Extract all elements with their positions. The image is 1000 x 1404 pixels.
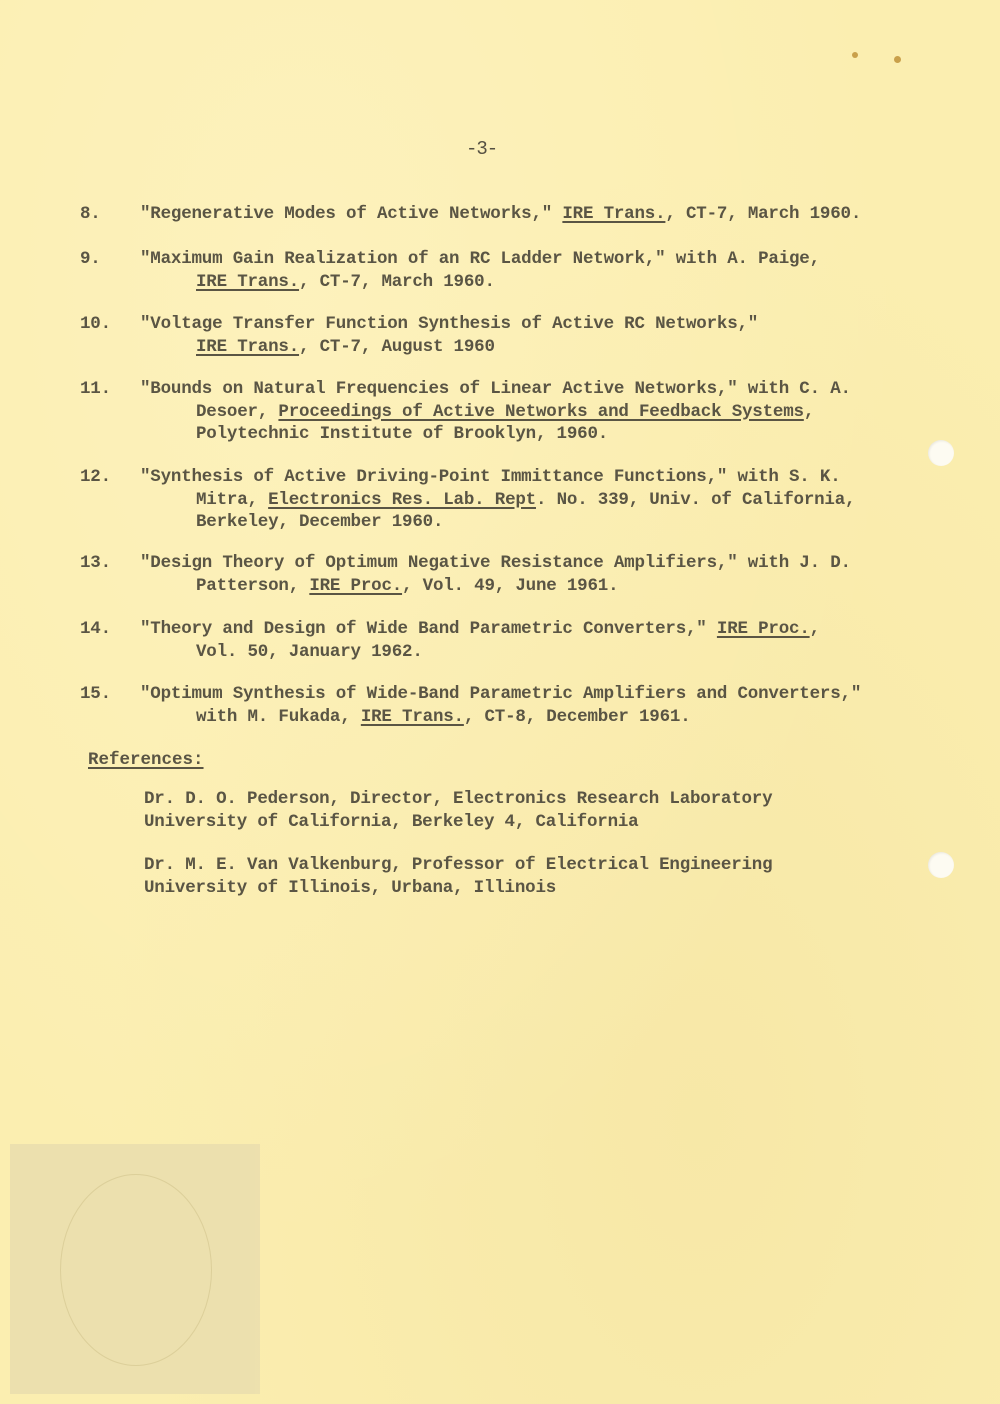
publication-number: 11. xyxy=(80,378,120,401)
citation-text: , CT-8, December 1961. xyxy=(464,707,691,727)
citation-text: "Optimum Synthesis of Wide-Band Parametr… xyxy=(140,684,861,704)
citation-text: "Synthesis of Active Driving-Point Immit… xyxy=(140,467,841,487)
journal-title: Proceedings of Active Networks and Feedb… xyxy=(278,402,803,422)
citation-text: Berkeley, December 1960. xyxy=(196,512,443,532)
publication-line: "Synthesis of Active Driving-Point Immit… xyxy=(140,466,841,489)
citation-text: Polytechnic Institute of Brooklyn, 1960. xyxy=(196,424,608,444)
reference-item: Dr. D. O. Pederson, Director, Electronic… xyxy=(144,788,772,833)
journal-title: IRE Trans. xyxy=(361,707,464,727)
citation-text: "Theory and Design of Wide Band Parametr… xyxy=(140,619,717,639)
seal-emblem xyxy=(60,1174,212,1366)
journal-title: IRE Proc. xyxy=(309,576,402,596)
publication-line: with M. Fukada, IRE Trans., CT-8, Decemb… xyxy=(196,706,691,729)
publication-number: 12. xyxy=(80,466,120,489)
citation-text: "Maximum Gain Realization of an RC Ladde… xyxy=(140,249,820,269)
publication-line: Polytechnic Institute of Brooklyn, 1960. xyxy=(196,423,608,446)
paper-speck xyxy=(894,56,901,63)
citation-text: Vol. 50, January 1962. xyxy=(196,642,423,662)
document-page: -3- 8."Regenerative Modes of Active Netw… xyxy=(0,0,1000,1404)
publication-line: IRE Trans., CT-7, March 1960. xyxy=(196,271,495,294)
reference-line: Dr. D. O. Pederson, Director, Electronic… xyxy=(144,788,772,811)
publication-line: Patterson, IRE Proc., Vol. 49, June 1961… xyxy=(196,575,618,598)
journal-title: Electronics Res. Lab. Rept xyxy=(268,490,536,510)
citation-text: , xyxy=(810,619,820,639)
publication-line: "Design Theory of Optimum Negative Resis… xyxy=(140,552,851,575)
publication-line: "Voltage Transfer Function Synthesis of … xyxy=(140,313,758,336)
watermark-seal xyxy=(10,1144,260,1394)
journal-title: IRE Trans. xyxy=(196,337,299,357)
publication-line: IRE Trans., CT-7, August 1960 xyxy=(196,336,495,359)
publication-line: "Bounds on Natural Frequencies of Linear… xyxy=(140,378,851,401)
citation-text: , CT-7, August 1960 xyxy=(299,337,495,357)
citation-text: Patterson, xyxy=(196,576,309,596)
citation-text: "Design Theory of Optimum Negative Resis… xyxy=(140,553,851,573)
publication-number: 15. xyxy=(80,683,120,706)
paper-speck xyxy=(852,52,858,58)
punch-hole xyxy=(928,852,954,878)
journal-title: IRE Trans. xyxy=(196,272,299,292)
citation-text: "Bounds on Natural Frequencies of Linear… xyxy=(140,379,851,399)
reference-line: Dr. M. E. Van Valkenburg, Professor of E… xyxy=(144,854,772,877)
reference-line: University of California, Berkeley 4, Ca… xyxy=(144,811,772,834)
publication-number: 14. xyxy=(80,618,120,641)
citation-text: , CT-7, March 1960. xyxy=(665,204,861,224)
journal-title: IRE Proc. xyxy=(717,619,810,639)
citation-text: , CT-7, March 1960. xyxy=(299,272,495,292)
publication-line: Berkeley, December 1960. xyxy=(196,511,443,534)
publication-number: 13. xyxy=(80,552,120,575)
citation-text: Mitra, xyxy=(196,490,268,510)
publication-line: "Maximum Gain Realization of an RC Ladde… xyxy=(140,248,820,271)
citation-text: , Vol. 49, June 1961. xyxy=(402,576,618,596)
citation-text: , xyxy=(804,402,814,422)
journal-title: IRE Trans. xyxy=(562,204,665,224)
page-number: -3- xyxy=(466,138,497,160)
references-heading: References: xyxy=(88,750,204,770)
reference-line: University of Illinois, Urbana, Illinois xyxy=(144,877,772,900)
punch-hole xyxy=(928,440,954,466)
citation-text: with M. Fukada, xyxy=(196,707,361,727)
publication-line: Desoer, Proceedings of Active Networks a… xyxy=(196,401,814,424)
publication-line: Mitra, Electronics Res. Lab. Rept. No. 3… xyxy=(196,489,855,512)
citation-text: "Voltage Transfer Function Synthesis of … xyxy=(140,314,758,334)
reference-item: Dr. M. E. Van Valkenburg, Professor of E… xyxy=(144,854,772,899)
citation-text: "Regenerative Modes of Active Networks," xyxy=(140,204,562,224)
publication-line: "Optimum Synthesis of Wide-Band Parametr… xyxy=(140,683,861,706)
publication-number: 9. xyxy=(80,248,120,271)
publication-line: Vol. 50, January 1962. xyxy=(196,641,423,664)
citation-text: . No. 339, Univ. of California, xyxy=(536,490,855,510)
publication-line: "Theory and Design of Wide Band Parametr… xyxy=(140,618,820,641)
publication-line: "Regenerative Modes of Active Networks,"… xyxy=(140,203,861,226)
publication-number: 10. xyxy=(80,313,120,336)
citation-text: Desoer, xyxy=(196,402,278,422)
publication-number: 8. xyxy=(80,203,120,226)
